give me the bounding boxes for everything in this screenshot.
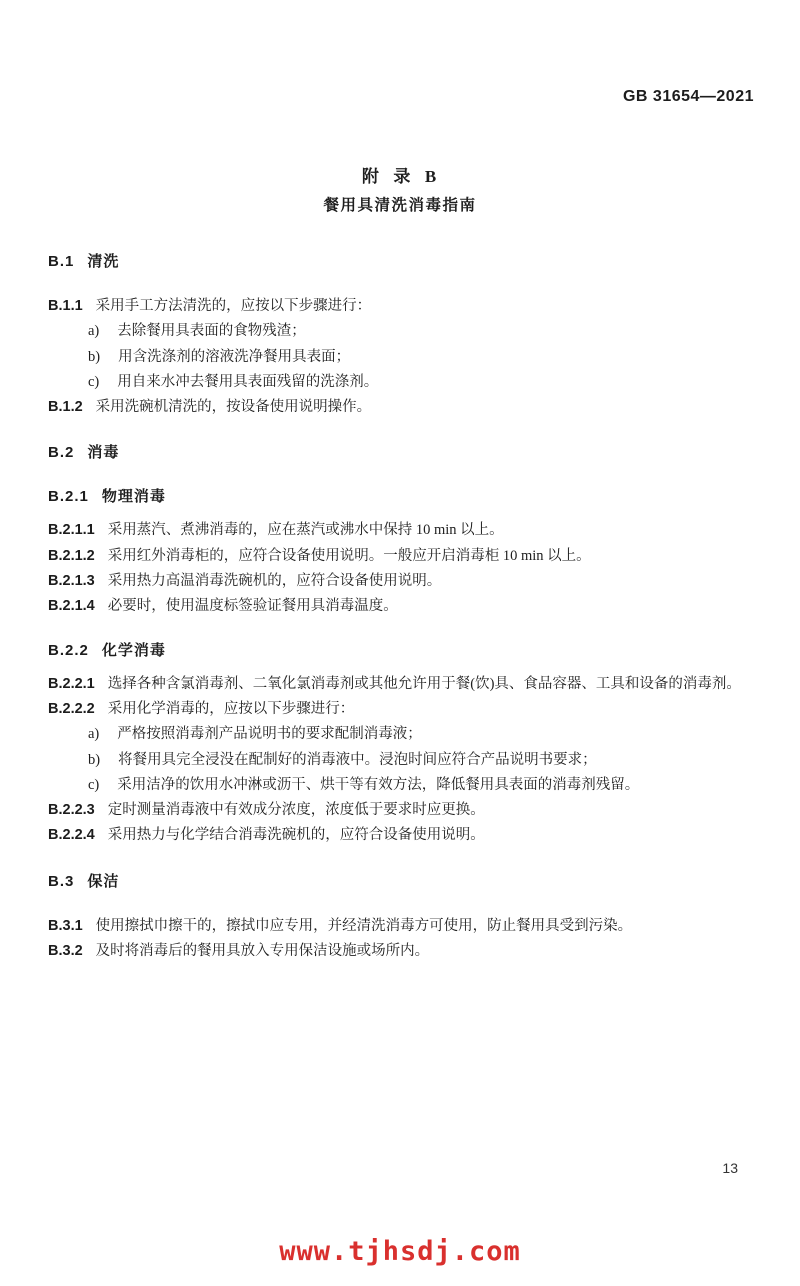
section-heading-b1: B.1清洗	[48, 250, 756, 271]
list-item: c)用自来水冲去餐用具表面残留的洗涤剂。	[48, 370, 756, 395]
list-marker: a)	[88, 323, 99, 339]
clause-b1-1: B.1.1采用手工方法清洗的，应按以下步骤进行：	[48, 294, 756, 319]
clause-number: B.3.1	[48, 918, 83, 934]
list-text: 去除餐用具表面的食物残渣；	[117, 323, 306, 339]
list-item: c)采用洁净的饮用水冲淋或沥干、烘干等有效方法，降低餐用具表面的消毒剂残留。	[48, 773, 756, 798]
watermark-url: www.tjhsdj.com	[0, 1236, 800, 1267]
list-item: a)去除餐用具表面的食物残渣；	[48, 319, 756, 344]
subsection-title: 化学消毒	[102, 643, 166, 659]
document-body: B.1清洗 B.1.1采用手工方法清洗的，应按以下步骤进行： a)去除餐用具表面…	[48, 250, 756, 964]
list-text: 将餐用具完全浸没在配制好的消毒液中。浸泡时间应符合产品说明书要求；	[118, 752, 597, 768]
clause-text: 采用蒸汽、煮沸消毒的，应在蒸汽或沸水中保持 10 min 以上。	[108, 522, 504, 538]
list-marker: c)	[88, 374, 99, 390]
clause-b2-1-1: B.2.1.1采用蒸汽、煮沸消毒的，应在蒸汽或沸水中保持 10 min 以上。	[48, 518, 756, 543]
standard-number: GB 31654—2021	[623, 88, 754, 106]
clause-number: B.2.2.4	[48, 827, 95, 843]
subsection-number: B.2.2	[48, 642, 89, 659]
clause-text: 选择各种含氯消毒剂、二氧化氯消毒剂或其他允许用于餐(饮)具、食品容器、工具和设备…	[108, 676, 741, 692]
section-title: 消毒	[87, 445, 119, 461]
clause-text: 采用热力高温消毒洗碗机的，应符合设备使用说明。	[108, 573, 442, 589]
clause-b2-2-4: B.2.2.4采用热力与化学结合消毒洗碗机的，应符合设备使用说明。	[48, 823, 756, 848]
section-title: 保洁	[87, 874, 119, 890]
clause-text: 采用洗碗机清洗的，按设备使用说明操作。	[96, 399, 372, 415]
clause-number: B.2.1.4	[48, 598, 95, 614]
list-text: 用自来水冲去餐用具表面残留的洗涤剂。	[117, 374, 378, 390]
clause-number: B.2.1.1	[48, 522, 95, 538]
clause-number: B.2.2.2	[48, 701, 95, 717]
section-number: B.1	[48, 253, 74, 270]
clause-number: B.2.1.2	[48, 548, 95, 564]
clause-b2-2-2: B.2.2.2采用化学消毒的，应按以下步骤进行：	[48, 697, 756, 722]
document-page: GB 31654—2021 附 录 B 餐用具清洗消毒指南 B.1清洗 B.1.…	[0, 0, 800, 1286]
list-marker: a)	[88, 726, 99, 742]
page-number: 13	[722, 1160, 738, 1176]
clause-number: B.1.2	[48, 399, 83, 415]
section-heading-b3: B.3保洁	[48, 870, 756, 891]
list-text: 用含洗涤剂的溶液洗净餐用具表面；	[118, 349, 350, 365]
list-item: b)将餐用具完全浸没在配制好的消毒液中。浸泡时间应符合产品说明书要求；	[48, 748, 756, 773]
subsection-heading-b2-1: B.2.1物理消毒	[48, 485, 756, 506]
section-title: 清洗	[87, 254, 119, 270]
list-item: a)严格按照消毒剂产品说明书的要求配制消毒液；	[48, 722, 756, 747]
subsection-heading-b2-2: B.2.2化学消毒	[48, 639, 756, 660]
list-marker: b)	[88, 752, 100, 768]
section-number: B.2	[48, 444, 74, 461]
section-number: B.3	[48, 873, 74, 890]
clause-text: 必要时，使用温度标签验证餐用具消毒温度。	[108, 598, 398, 614]
clause-text: 采用手工方法清洗的，应按以下步骤进行：	[96, 298, 372, 314]
clause-number: B.2.2.1	[48, 676, 95, 692]
clause-b2-1-2: B.2.1.2采用红外消毒柜的，应符合设备使用说明。一般应开启消毒柜 10 mi…	[48, 544, 756, 569]
clause-b1-2: B.1.2采用洗碗机清洗的，按设备使用说明操作。	[48, 395, 756, 420]
subsection-number: B.2.1	[48, 488, 89, 505]
clause-b2-2-3: B.2.2.3定时测量消毒液中有效成分浓度，浓度低于要求时应更换。	[48, 798, 756, 823]
clause-text: 定时测量消毒液中有效成分浓度，浓度低于要求时应更换。	[108, 802, 485, 818]
clause-text: 及时将消毒后的餐用具放入专用保洁设施或场所内。	[96, 943, 430, 959]
clause-text: 采用红外消毒柜的，应符合设备使用说明。一般应开启消毒柜 10 min 以上。	[108, 548, 591, 564]
clause-number: B.1.1	[48, 298, 83, 314]
clause-b2-1-4: B.2.1.4必要时，使用温度标签验证餐用具消毒温度。	[48, 594, 756, 619]
clause-number: B.2.2.3	[48, 802, 95, 818]
list-text: 采用洁净的饮用水冲淋或沥干、烘干等有效方法，降低餐用具表面的消毒剂残留。	[117, 777, 639, 793]
list-text: 严格按照消毒剂产品说明书的要求配制消毒液；	[117, 726, 422, 742]
clause-b2-1-3: B.2.1.3采用热力高温消毒洗碗机的，应符合设备使用说明。	[48, 569, 756, 594]
clause-text: 使用擦拭巾擦干的，擦拭巾应专用，并经清洗消毒方可使用，防止餐用具受到污染。	[96, 918, 633, 934]
list-item: b)用含洗涤剂的溶液洗净餐用具表面；	[48, 345, 756, 370]
section-heading-b2: B.2消毒	[48, 441, 756, 462]
clause-text: 采用化学消毒的，应按以下步骤进行：	[108, 701, 355, 717]
subsection-title: 物理消毒	[102, 489, 166, 505]
appendix-title: 附 录 B	[0, 162, 800, 187]
clause-text: 采用热力与化学结合消毒洗碗机的，应符合设备使用说明。	[108, 827, 485, 843]
clause-number: B.2.1.3	[48, 573, 95, 589]
clause-number: B.3.2	[48, 943, 83, 959]
appendix-subtitle: 餐用具清洗消毒指南	[0, 193, 800, 215]
clause-b3-1: B.3.1使用擦拭巾擦干的，擦拭巾应专用，并经清洗消毒方可使用，防止餐用具受到污…	[48, 914, 756, 939]
clause-b3-2: B.3.2及时将消毒后的餐用具放入专用保洁设施或场所内。	[48, 939, 756, 964]
clause-b2-2-1: B.2.2.1选择各种含氯消毒剂、二氧化氯消毒剂或其他允许用于餐(饮)具、食品容…	[48, 672, 756, 697]
list-marker: c)	[88, 777, 99, 793]
list-marker: b)	[88, 349, 100, 365]
